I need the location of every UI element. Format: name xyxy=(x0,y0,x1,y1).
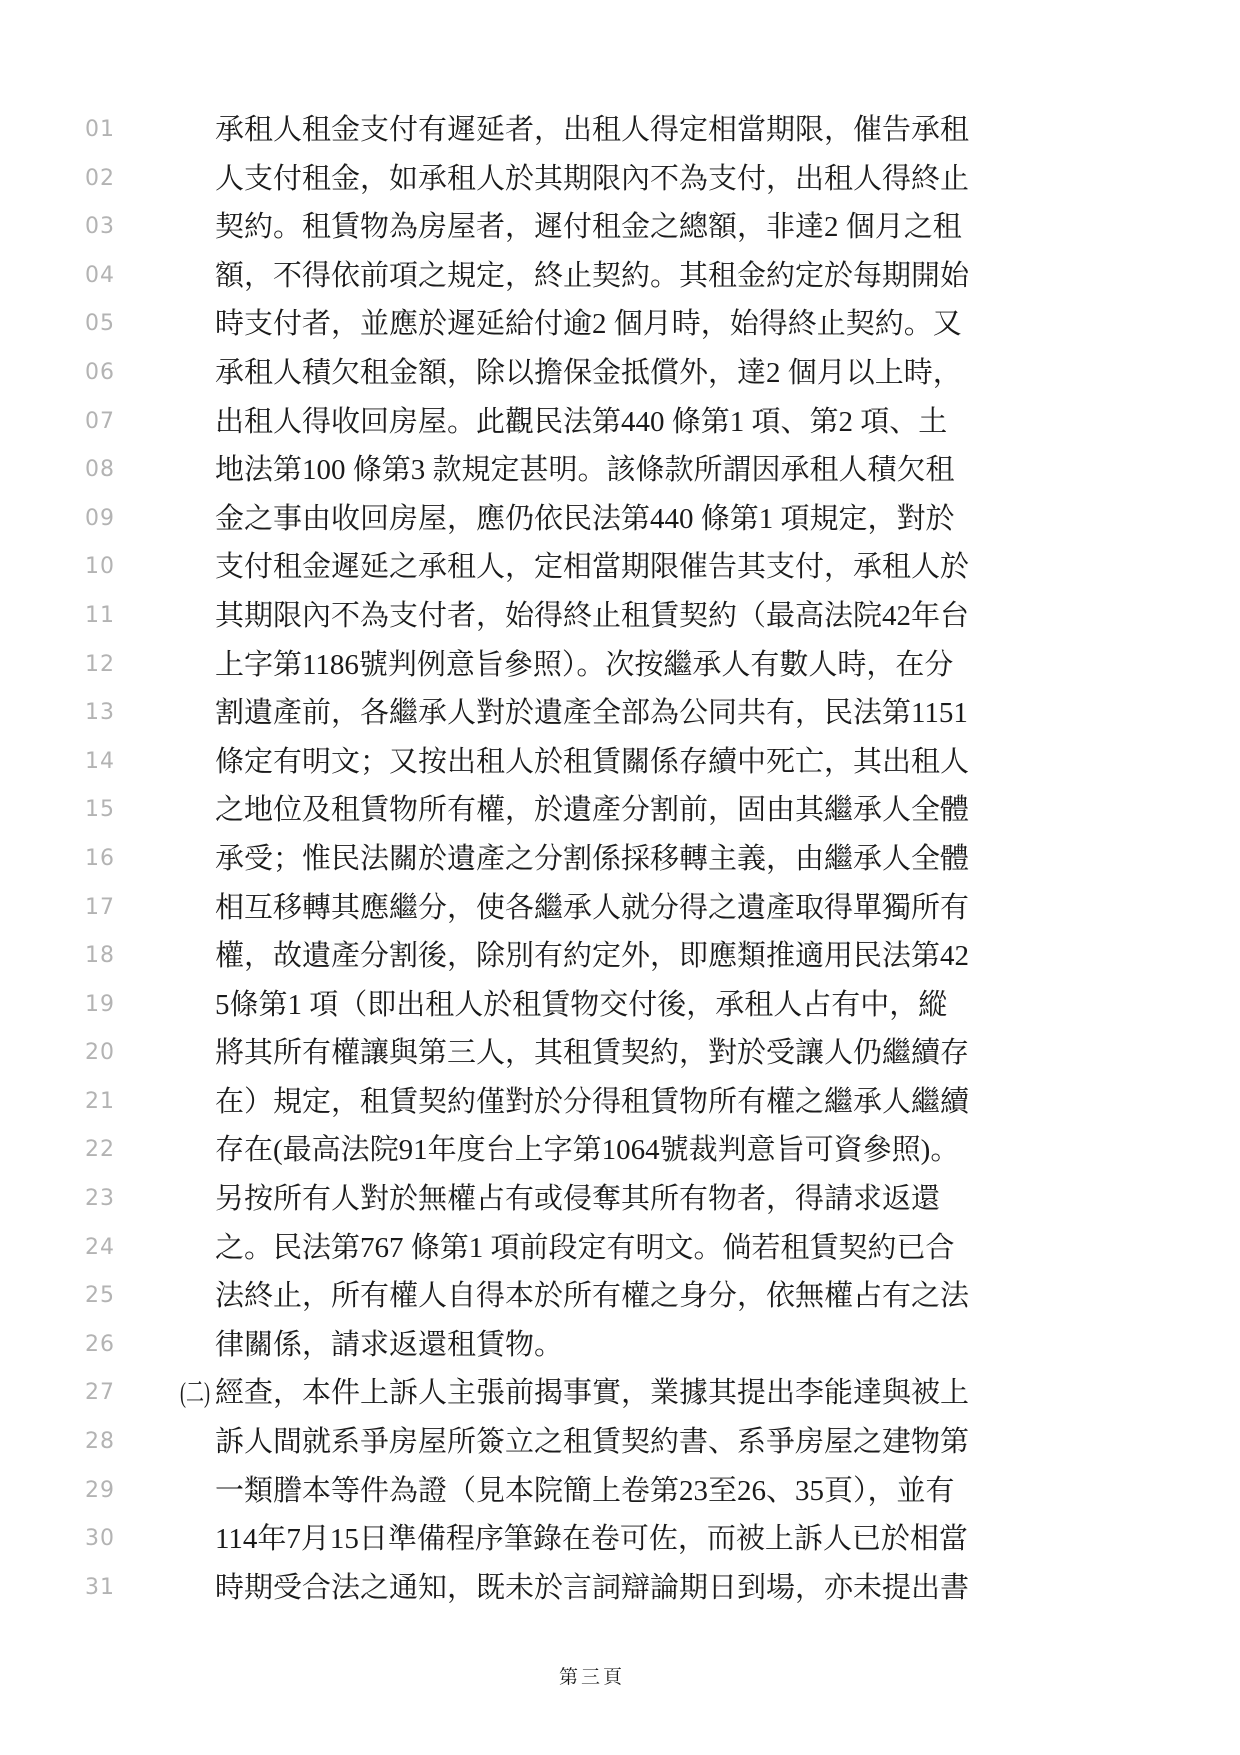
line-text: 權，故遺產分割後，除別有約定外，即應類推適用民法第42 xyxy=(215,932,969,981)
line-number: 11 xyxy=(85,592,115,641)
line-number: 29 xyxy=(85,1467,115,1516)
line-number: 17 xyxy=(85,884,115,933)
line-text: 承受；惟民法關於遺產之分割係採移轉主義，由繼承人全體 xyxy=(215,835,969,884)
line-number: 13 xyxy=(85,689,115,738)
line-text: 在）規定，租賃契約僅對於分得租賃物所有權之繼承人繼續 xyxy=(215,1078,969,1127)
line-text: 承租人租金支付有遲延者，出租人得定相當期限，催告承租 xyxy=(215,106,969,155)
line-row: 07 出租人得收回房屋。此觀民法第440 條第1 項、第2 項、土 xyxy=(0,398,1240,447)
line-number: 28 xyxy=(85,1418,115,1467)
line-row: 17 相互移轉其應繼分，使各繼承人就分得之遺產取得單獨所有 xyxy=(0,884,1240,933)
line-text: 將其所有權讓與第三人，其租賃契約，對於受讓人仍繼續存 xyxy=(215,1029,969,1078)
document-page: 01 承租人租金支付有遲延者，出租人得定相當期限，催告承租 02 人支付租金，如… xyxy=(0,0,1240,1755)
line-row: 02 人支付租金，如承租人於其期限內不為支付，出租人得終止 xyxy=(0,155,1240,204)
line-number: 09 xyxy=(85,495,115,544)
line-row: 14 條定有明文；又按出租人於租賃關係存續中死亡，其出租人 xyxy=(0,738,1240,787)
line-number: 04 xyxy=(85,252,115,301)
line-text: 114年7月15日準備程序筆錄在卷可佐，而被上訴人已於相當 xyxy=(215,1515,968,1564)
list-item-marker: (二) xyxy=(180,1369,210,1418)
line-row: 20 將其所有權讓與第三人，其租賃契約，對於受讓人仍繼續存 xyxy=(0,1029,1240,1078)
line-text: 條定有明文；又按出租人於租賃關係存續中死亡，其出租人 xyxy=(215,738,969,787)
line-row: 23 另按所有人對於無權占有或侵奪其所有物者，得請求返還 xyxy=(0,1175,1240,1224)
line-row: 03 契約。租賃物為房屋者，遲付租金之總額，非達2 個月之租 xyxy=(0,203,1240,252)
line-number: 03 xyxy=(85,203,115,252)
line-number: 30 xyxy=(85,1515,115,1564)
line-number: 06 xyxy=(85,349,115,398)
line-row: 08 地法第100 條第3 款規定甚明。該條款所謂因承租人積欠租 xyxy=(0,446,1240,495)
line-text: 支付租金遲延之承租人，定相當期限催告其支付，承租人於 xyxy=(215,543,969,592)
line-text: 人支付租金，如承租人於其期限內不為支付，出租人得終止 xyxy=(215,155,969,204)
line-text: 之地位及租賃物所有權，於遺產分割前，固由其繼承人全體 xyxy=(215,786,969,835)
line-row: 11 其期限內不為支付者，始得終止租賃契約（最高法院42年台 xyxy=(0,592,1240,641)
line-text: 法終止，所有權人自得本於所有權之身分，依無權占有之法 xyxy=(215,1272,969,1321)
line-row: 22 存在(最高法院91年度台上字第1064號裁判意旨可資參照)。 xyxy=(0,1126,1240,1175)
line-number: 23 xyxy=(85,1175,115,1224)
line-row: 01 承租人租金支付有遲延者，出租人得定相當期限，催告承租 xyxy=(0,106,1240,155)
line-row: 06 承租人積欠租金額，除以擔保金抵償外，達2 個月以上時， xyxy=(0,349,1240,398)
line-number: 22 xyxy=(85,1126,115,1175)
line-text: 律關係，請求返還租賃物。 xyxy=(215,1321,563,1370)
line-row: 15 之地位及租賃物所有權，於遺產分割前，固由其繼承人全體 xyxy=(0,786,1240,835)
line-row: 18 權，故遺產分割後，除別有約定外，即應類推適用民法第42 xyxy=(0,932,1240,981)
line-number: 26 xyxy=(85,1321,115,1370)
line-number: 19 xyxy=(85,981,115,1030)
line-text: 時支付者，並應於遲延給付逾2 個月時，始得終止契約。又 xyxy=(215,300,962,349)
line-row: 10 支付租金遲延之承租人，定相當期限催告其支付，承租人於 xyxy=(0,543,1240,592)
line-number: 14 xyxy=(85,738,115,787)
line-row: 26 律關係，請求返還租賃物。 xyxy=(0,1321,1240,1370)
line-text: 承租人積欠租金額，除以擔保金抵償外，達2 個月以上時， xyxy=(215,349,962,398)
line-text: 另按所有人對於無權占有或侵奪其所有物者，得請求返還 xyxy=(215,1175,940,1224)
line-row: 29 一類謄本等件為證（見本院簡上卷第23至26、35頁），並有 xyxy=(0,1467,1240,1516)
line-text: 一類謄本等件為證（見本院簡上卷第23至26、35頁），並有 xyxy=(215,1467,955,1516)
document-body: 01 承租人租金支付有遲延者，出租人得定相當期限，催告承租 02 人支付租金，如… xyxy=(0,106,1240,1612)
line-number: 07 xyxy=(85,398,115,447)
line-row: 30 114年7月15日準備程序筆錄在卷可佐，而被上訴人已於相當 xyxy=(0,1515,1240,1564)
line-text: 額，不得依前項之規定，終止契約。其租金約定於每期開始 xyxy=(215,252,969,301)
page-number: 第三頁 xyxy=(559,1667,625,1688)
line-number: 21 xyxy=(85,1078,115,1127)
line-row: 09 金之事由收回房屋，應仍依民法第440 條第1 項規定，對於 xyxy=(0,495,1240,544)
line-text: 金之事由收回房屋，應仍依民法第440 條第1 項規定，對於 xyxy=(215,495,955,544)
page-footer: 第三頁 xyxy=(215,1662,969,1689)
line-text: 地法第100 條第3 款規定甚明。該條款所謂因承租人積欠租 xyxy=(215,446,955,495)
line-text: 之。民法第767 條第1 項前段定有明文。倘若租賃契約已合 xyxy=(215,1224,955,1273)
line-row: 28 訴人間就系爭房屋所簽立之租賃契約書、系爭房屋之建物第 xyxy=(0,1418,1240,1467)
line-number: 15 xyxy=(85,786,115,835)
line-row: 04 額，不得依前項之規定，終止契約。其租金約定於每期開始 xyxy=(0,252,1240,301)
line-text: 其期限內不為支付者，始得終止租賃契約（最高法院42年台 xyxy=(215,592,969,641)
line-number: 20 xyxy=(85,1029,115,1078)
line-row: 27 (二) 經查，本件上訴人主張前揭事實，業據其提出李能達與被上 xyxy=(0,1369,1240,1418)
line-text: 相互移轉其應繼分，使各繼承人就分得之遺產取得單獨所有 xyxy=(215,884,969,933)
line-number: 05 xyxy=(85,300,115,349)
line-text: 5條第1 項（即出租人於租賃物交付後，承租人占有中，縱 xyxy=(215,981,947,1030)
line-text: 訴人間就系爭房屋所簽立之租賃契約書、系爭房屋之建物第 xyxy=(215,1418,969,1467)
line-number: 12 xyxy=(85,641,115,690)
line-number: 10 xyxy=(85,543,115,592)
line-row: 05 時支付者，並應於遲延給付逾2 個月時，始得終止契約。又 xyxy=(0,300,1240,349)
line-row: 16 承受；惟民法關於遺產之分割係採移轉主義，由繼承人全體 xyxy=(0,835,1240,884)
line-text: 出租人得收回房屋。此觀民法第440 條第1 項、第2 項、土 xyxy=(215,398,947,447)
line-number: 08 xyxy=(85,446,115,495)
line-number: 02 xyxy=(85,155,115,204)
line-text: 契約。租賃物為房屋者，遲付租金之總額，非達2 個月之租 xyxy=(215,203,962,252)
line-text: 割遺產前，各繼承人對於遺產全部為公同共有，民法第1151 xyxy=(215,689,968,738)
line-text: 上字第1186號判例意旨參照）。次按繼承人有數人時，在分 xyxy=(215,641,953,690)
line-text: 時期受合法之通知，既未於言詞辯論期日到場，亦未提出書 xyxy=(215,1564,969,1613)
line-text: 存在(最高法院91年度台上字第1064號裁判意旨可資參照)。 xyxy=(215,1126,959,1175)
line-number: 01 xyxy=(85,106,115,155)
line-number: 31 xyxy=(85,1564,115,1613)
line-row: 24 之。民法第767 條第1 項前段定有明文。倘若租賃契約已合 xyxy=(0,1224,1240,1273)
line-number: 24 xyxy=(85,1224,115,1273)
line-number: 25 xyxy=(85,1272,115,1321)
line-row: 21 在）規定，租賃契約僅對於分得租賃物所有權之繼承人繼續 xyxy=(0,1078,1240,1127)
line-row: 12 上字第1186號判例意旨參照）。次按繼承人有數人時，在分 xyxy=(0,641,1240,690)
line-row: 25 法終止，所有權人自得本於所有權之身分，依無權占有之法 xyxy=(0,1272,1240,1321)
line-number: 27 xyxy=(85,1369,115,1418)
line-number: 18 xyxy=(85,932,115,981)
line-number: 16 xyxy=(85,835,115,884)
line-row: 13 割遺產前，各繼承人對於遺產全部為公同共有，民法第1151 xyxy=(0,689,1240,738)
line-row: 19 5條第1 項（即出租人於租賃物交付後，承租人占有中，縱 xyxy=(0,981,1240,1030)
line-row: 31 時期受合法之通知，既未於言詞辯論期日到場，亦未提出書 xyxy=(0,1564,1240,1613)
line-text: 經查，本件上訴人主張前揭事實，業據其提出李能達與被上 xyxy=(215,1369,969,1418)
